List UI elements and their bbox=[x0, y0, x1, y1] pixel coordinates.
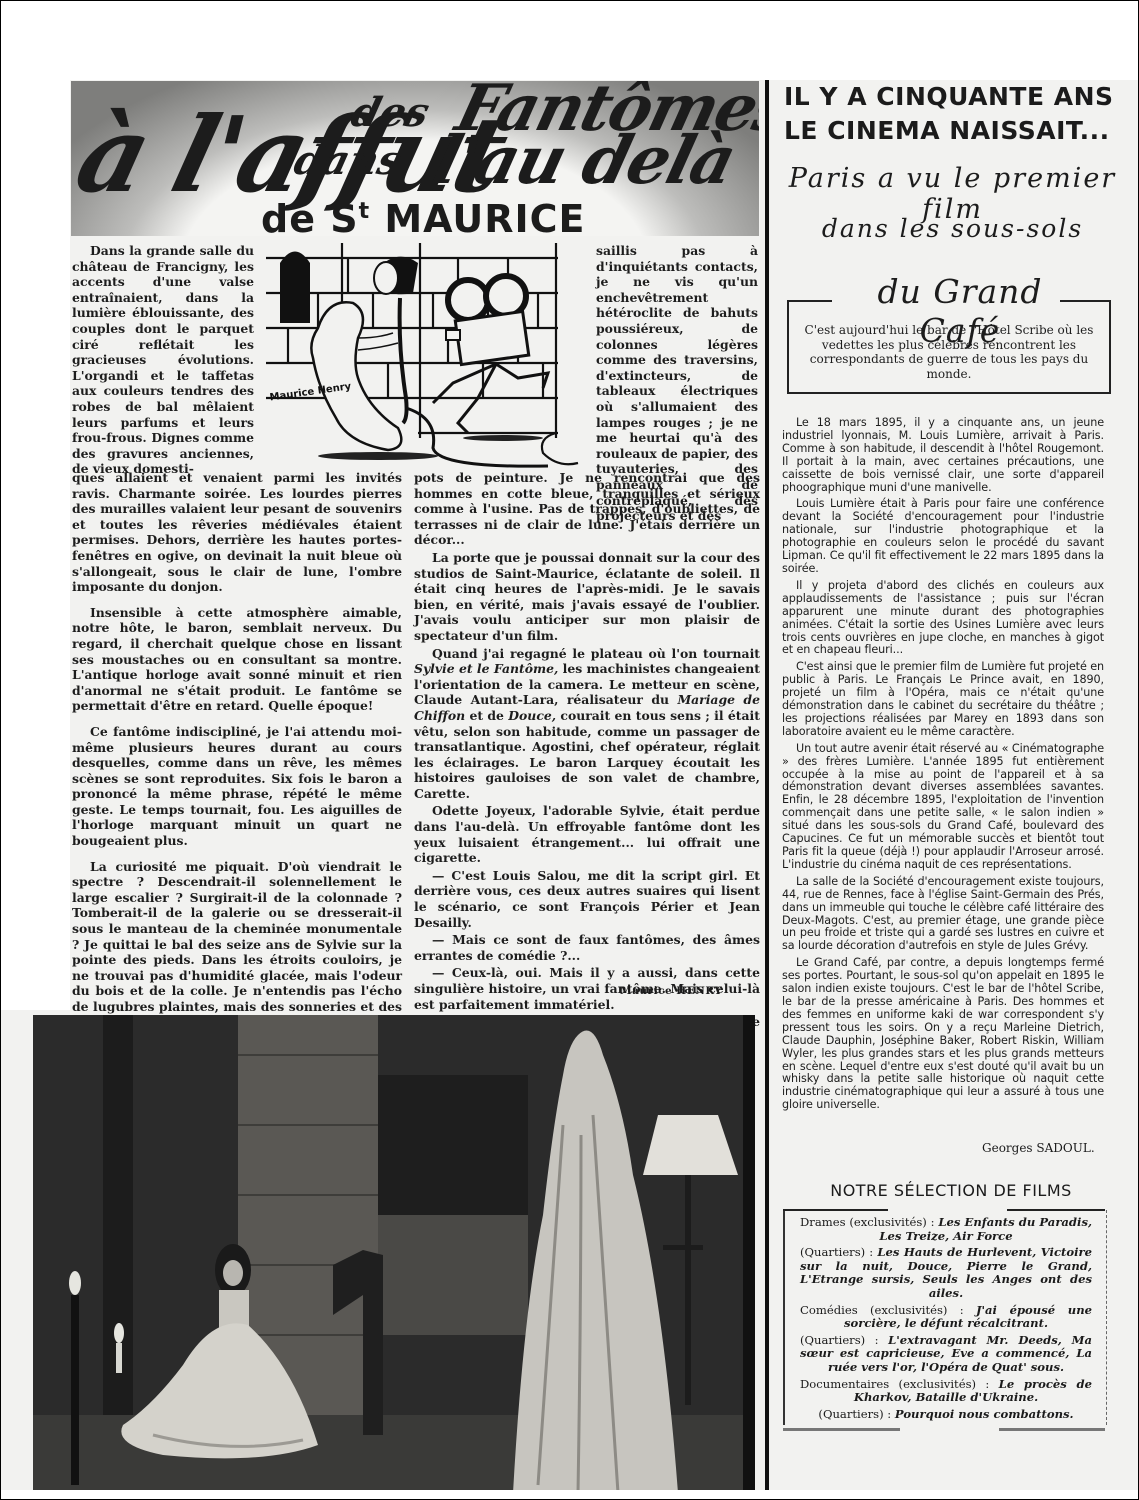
page-border bbox=[0, 0, 1139, 1500]
